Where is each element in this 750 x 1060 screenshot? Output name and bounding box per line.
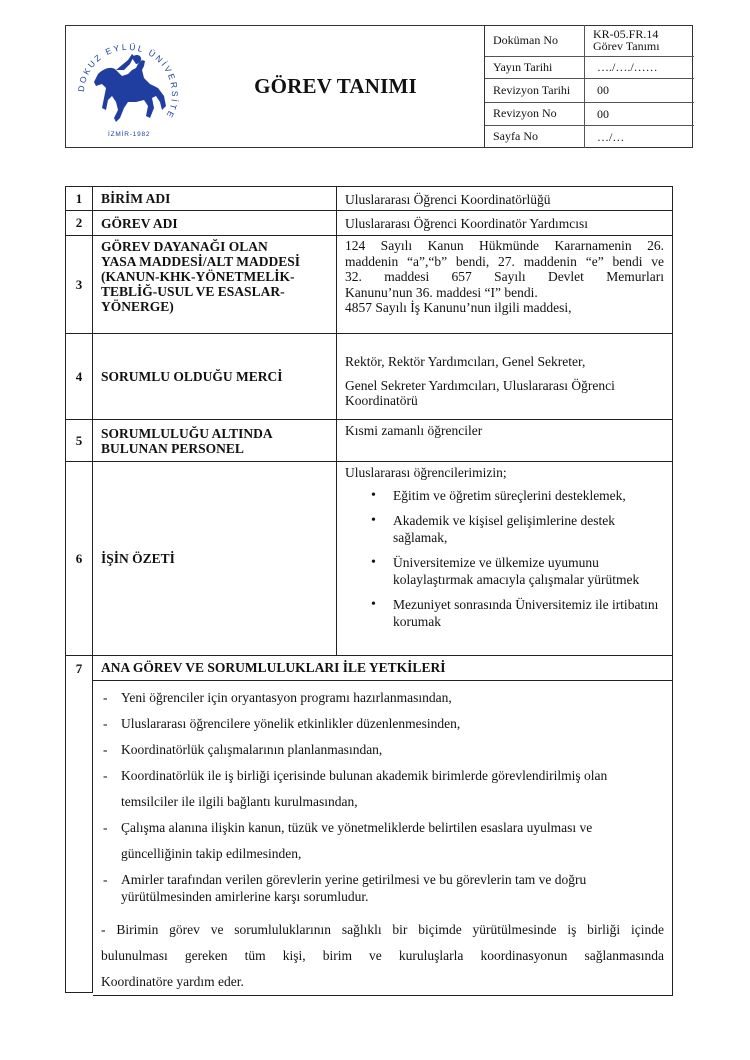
meta-key: Sayfa No [485,126,585,148]
row-label-line: YÖNERGE) [101,299,300,314]
row-number: 7 [65,656,93,681]
row-number: 5 [65,420,93,462]
section-title: ANA GÖREV VE SORUMLULUKLARI İLE YETKİLER… [93,656,673,681]
document-header: DOKUZ EYLÜL ÜNİVERSİTESİ İZMİR-1982 GÖRE… [65,25,693,148]
legal-basis-line: 4857 Sayılı İş Kanunu’nun ilgili maddesi… [345,300,664,316]
legal-basis-line: 32. maddesi 657 Sayılı Devlet Memurları [345,269,664,285]
duty-item: Amirler tarafından verilen görevlerin ye… [101,871,664,905]
table-row-job-summary: 6 İŞİN ÖZETİ Uluslararası öğrencilerimiz… [65,462,673,656]
closing-line: bulunulması gereken tüm kişi, birim ve k… [101,943,664,969]
duty-item: Koordinatörlük ile iş birliği içerisinde… [101,763,664,815]
duty-item: Uluslararası öğrencilere yönelik etkinli… [101,711,664,737]
meta-row-page-no: Sayfa No …/… [485,126,694,148]
main-duties-body: Yeni öğrenciler için oryantasyon program… [93,681,673,996]
meta-row-revision-no: Revizyon No 00 [485,103,694,126]
document-meta-table: Doküman No KR-05.FR.14 Görev Tanımı Yayı… [484,25,694,148]
row-number: 6 [65,462,93,656]
row-value: Uluslararası Öğrenci Koordinatör Yardımc… [336,211,673,236]
closing-paragraph: - Birimin görev ve sorumluluklarının sağ… [101,917,664,995]
row-number: 2 [65,211,93,236]
list-item: Mezuniyet sonrasında Üniversitemiz ile i… [371,596,664,630]
row-label: SORUMLULUĞU ALTINDA BULUNAN PERSONEL [93,420,336,462]
meta-value: 00 [585,103,694,125]
row-number: 1 [65,186,93,211]
table-row-subordinates: 5 SORUMLULUĞU ALTINDA BULUNAN PERSONEL K… [65,420,673,462]
summary-list: Eğitim ve öğretim süreçlerini destekleme… [345,487,664,630]
row-label: GÖREV ADI [93,211,336,236]
logo-caption: İZMİR-1982 [108,129,150,138]
meta-value: KR-05.FR.14 Görev Tanımı [585,25,694,56]
row-label: SORUMLU OLDUĞU MERCİ [93,334,336,420]
row-label-line: TEBLİĞ-USUL VE ESASLAR- [101,284,300,299]
row-value: Uluslararası Öğrenci Koordinatörlüğü [336,186,673,211]
duty-item: Koordinatörlük çalışmalarının planlanmas… [101,737,664,763]
row-value: Rektör, Rektör Yardımcıları, Genel Sekre… [336,334,673,420]
meta-key: Doküman No [485,25,585,56]
row-label: BİRİM ADI [93,186,336,211]
table-row-reports-to: 4 SORUMLU OLDUĞU MERCİ Rektör, Rektör Ya… [65,334,673,420]
table-row-main-duties-header: 7 ANA GÖREV VE SORUMLULUKLARI İLE YETKİL… [65,656,673,681]
meta-value: 00 [585,79,694,102]
university-horse-rider-logo-icon: DOKUZ EYLÜL ÜNİVERSİTESİ İZMİR-1982 [70,30,182,145]
row-value: Uluslararası öğrencilerimizin; Eğitim ve… [336,462,673,656]
meta-key: Revizyon No [485,103,585,125]
document-title: GÖREV TANIMI [254,74,417,99]
list-item: Üniversitemize ve ülkemize uyumunu kolay… [371,554,664,588]
meta-value-line: Görev Tanımı [593,40,694,52]
table-row-position-name: 2 GÖREV ADI Uluslararası Öğrenci Koordin… [65,211,673,236]
list-item: Eğitim ve öğretim süreçlerini destekleme… [371,487,664,504]
row-label-line: (KANUN-KHK-YÖNETMELİK- [101,269,300,284]
legal-basis-line: maddenin “a”,“b” bendi, 27. maddenin “e”… [345,254,664,270]
meta-value: …./…./…… [585,57,694,78]
legal-basis-line: Kanunu’nun 36. maddesi “I” bendi. [345,285,664,301]
row-label-line: GÖREV DAYANAĞI OLAN [101,239,300,254]
university-logo: DOKUZ EYLÜL ÜNİVERSİTESİ İZMİR-1982 [66,26,186,147]
duty-item: Çalışma alanına ilişkin kanun, tüzük ve … [101,815,664,867]
row-number: 4 [65,334,93,420]
duty-item: Yeni öğrenciler için oryantasyon program… [101,685,664,711]
meta-key: Yayın Tarihi [485,57,585,78]
row-number: 3 [65,236,93,334]
row-value: Kısmi zamanlı öğrenciler [336,420,673,462]
row-label-line: SORUMLULUĞU ALTINDA [101,426,273,441]
row-label-line: BULUNAN PERSONEL [101,441,273,456]
meta-value: …/… [585,126,694,148]
table-row-legal-basis: 3 GÖREV DAYANAĞI OLAN YASA MADDESİ/ALT M… [65,236,673,334]
meta-row-publish-date: Yayın Tarihi …./…./…… [485,57,694,79]
row-number-cell-empty [65,681,93,993]
table-row-unit-name: 1 BİRİM ADI Uluslararası Öğrenci Koordin… [65,186,673,211]
row-value: 124 Sayılı Kanun Hükmünde Kararnamenin 2… [336,236,673,334]
reports-to-line: Rektör, Rektör Yardımcıları, Genel Sekre… [345,354,664,370]
row-label-line: YASA MADDESİ/ALT MADDESİ [101,254,300,269]
summary-intro: Uluslararası öğrencilerimizin; [345,465,664,481]
title-cell: GÖREV TANIMI [186,26,485,147]
reports-to-line: Genel Sekreter Yardımcıları, Uluslararas… [345,378,664,409]
legal-basis-line: 124 Sayılı Kanun Hükmünde Kararnamenin 2… [345,238,664,254]
meta-row-document-no: Doküman No KR-05.FR.14 Görev Tanımı [485,25,694,57]
meta-key: Revizyon Tarihi [485,79,585,102]
row-label: İŞİN ÖZETİ [93,462,336,656]
closing-line: Koordinatöre yardım eder. [101,969,664,995]
list-item: Akademik ve kişisel gelişimlerine destek… [371,512,664,546]
row-label: GÖREV DAYANAĞI OLAN YASA MADDESİ/ALT MAD… [93,236,336,334]
meta-row-revision-date: Revizyon Tarihi 00 [485,79,694,103]
closing-line: - Birimin görev ve sorumluluklarının sağ… [101,917,664,943]
